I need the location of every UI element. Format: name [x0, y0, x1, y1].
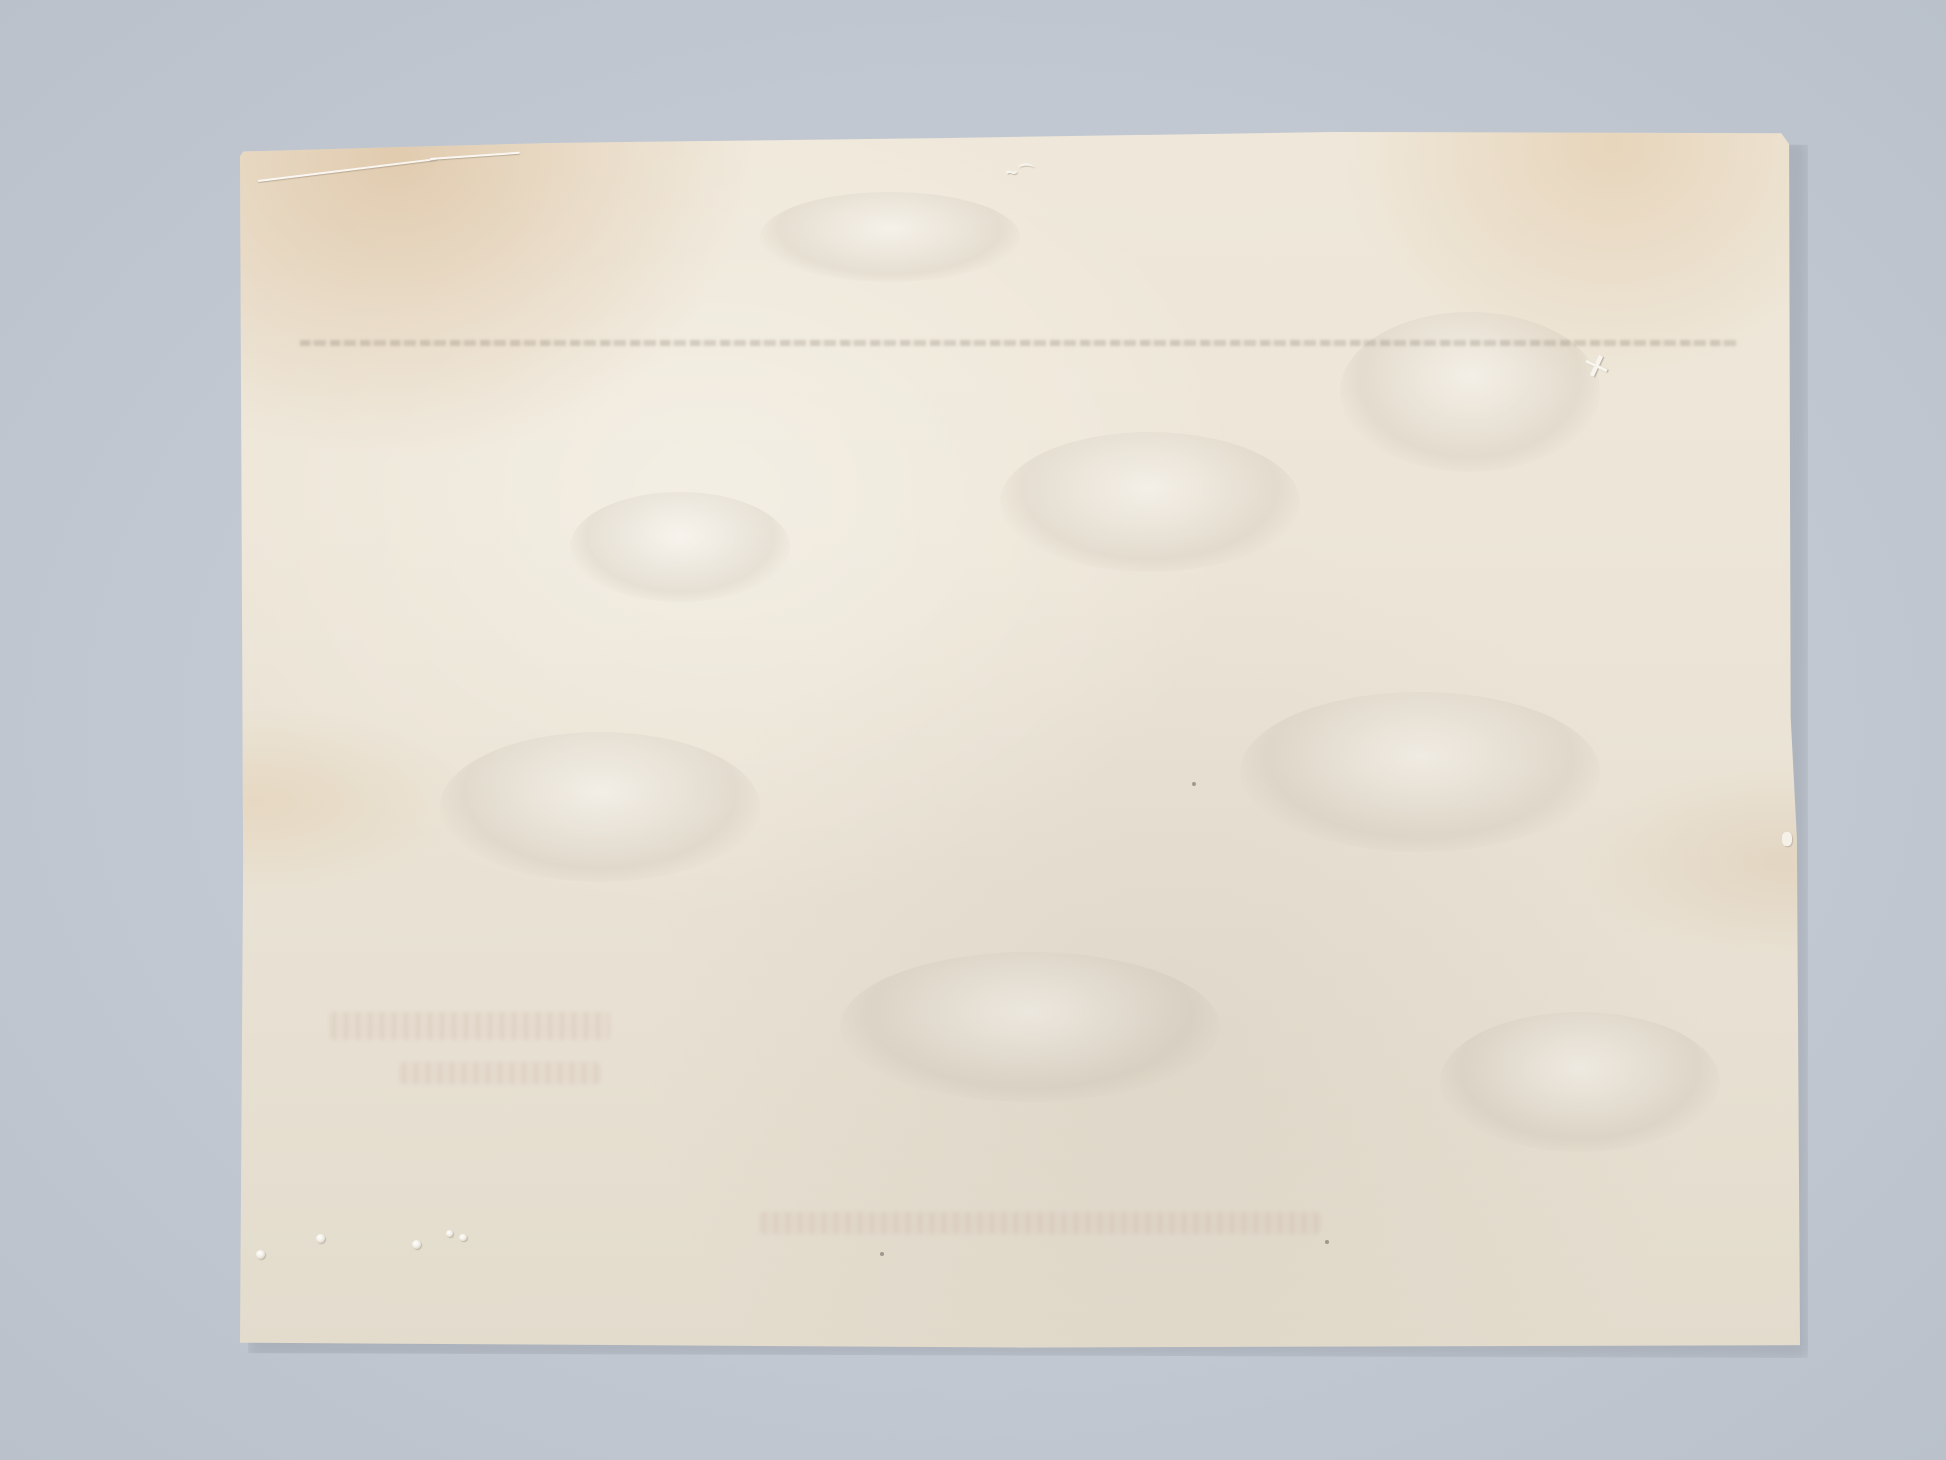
embossed-dot	[256, 1250, 265, 1259]
showthrough-print-line	[300, 340, 1740, 346]
paper-tear	[258, 158, 437, 182]
paper-wrinkle	[570, 492, 790, 602]
paper-wrinkle	[1440, 1012, 1720, 1152]
paper-wrinkle	[1000, 432, 1300, 572]
embossed-dot	[316, 1234, 325, 1243]
paper-tear	[430, 152, 520, 160]
paper-speck	[1192, 782, 1196, 786]
paper-wrinkle	[840, 952, 1220, 1102]
paper-wrinkle	[440, 732, 760, 882]
aged-paper-sheet: ~⌒ ✕	[240, 132, 1800, 1350]
paper-wrinkle	[1240, 692, 1600, 852]
paper-wrinkle	[760, 192, 1020, 282]
showthrough-text-block	[400, 1062, 600, 1084]
paper-speck	[1325, 1240, 1329, 1244]
showthrough-text-block	[330, 1012, 610, 1040]
photo-scene: ~⌒ ✕	[0, 0, 1946, 1460]
embossed-mark-top: ~⌒	[1005, 160, 1034, 183]
embossed-dot	[459, 1234, 467, 1241]
paper-edge-chip	[1782, 832, 1792, 846]
embossed-dot	[446, 1230, 453, 1237]
embossed-dot	[412, 1240, 421, 1249]
showthrough-text-block	[760, 1212, 1320, 1234]
paper-speck	[880, 1252, 884, 1256]
paper-wrinkle	[1340, 312, 1600, 472]
